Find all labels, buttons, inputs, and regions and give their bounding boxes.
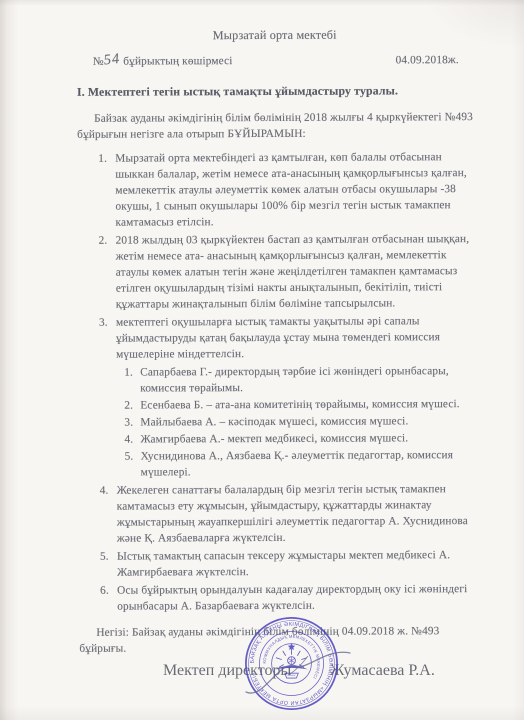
order-item-number: 3. bbox=[99, 315, 108, 331]
order-item-number: 1. bbox=[98, 151, 107, 167]
commission-members-list: 1. Сапарбаева Г.- директордың тәрбие ісі… bbox=[116, 363, 475, 481]
subject-heading: І. Мектептегі тегін ыстық тамақты ұйымда… bbox=[77, 82, 473, 100]
commission-member-number: 1. bbox=[124, 365, 133, 381]
commission-member: 4. Жамгирбаева А.- мектеп медбикесі, ком… bbox=[140, 430, 474, 447]
order-item-text: 2018 жылдың 03 қыркүйектен бастап аз қам… bbox=[116, 233, 470, 311]
order-items-list: 1. Мырзатай орта мектебіндегі аз қамтылғ… bbox=[77, 149, 475, 615]
order-date: 04.09.2018ж. bbox=[396, 52, 459, 68]
order-item-text: Мырзатай орта мектебіндегі аз қамтылған,… bbox=[115, 151, 467, 228]
commission-member-number: 5. bbox=[125, 449, 134, 465]
order-item-number: 2. bbox=[99, 233, 108, 249]
order-meta-row: №54 бұйрыктың көшірмесі 04.09.2018ж. bbox=[77, 51, 473, 70]
order-number-line: №54 бұйрыктың көшірмесі bbox=[93, 52, 233, 70]
order-item: 4. Жекелеген санаттағы балалардың бір ме… bbox=[117, 481, 475, 547]
handwritten-order-number: 54 bbox=[103, 51, 121, 69]
commission-member-text: Майлыбаева А. – кәсіподак мүшесі, комисс… bbox=[140, 415, 408, 428]
order-item-text: мектептегі оқушыларға ыстық тамакты уақы… bbox=[116, 315, 440, 360]
preamble-paragraph: Байзак ауданы әкімдігінің білім бөліміні… bbox=[77, 109, 473, 143]
order-item: 1. Мырзатай орта мектебіндегі аз қамтылғ… bbox=[115, 149, 473, 231]
order-item-number: 4. bbox=[100, 483, 109, 499]
order-item-text: Жекелеген санаттағы балалардың бір мезгі… bbox=[117, 483, 468, 544]
commission-member-number: 2. bbox=[124, 398, 133, 414]
commission-member-text: Жамгирбаева А.- мектеп медбикесі, комисс… bbox=[140, 432, 408, 445]
page-title: Мырзатай орта мектебі bbox=[77, 26, 473, 44]
order-item: 2. 2018 жылдың 03 қыркүйектен бастап аз … bbox=[116, 231, 474, 313]
director-signature bbox=[238, 626, 358, 708]
commission-member-number: 3. bbox=[124, 415, 133, 431]
commission-member: 3. Майлыбаева А. – кәсіподак мүшесі, ком… bbox=[140, 413, 474, 430]
order-item-number: 5. bbox=[100, 549, 109, 565]
order-number-symbol: № bbox=[93, 56, 104, 68]
commission-member-text: Есенбаева Б. – ата-ана комитетінің төрай… bbox=[140, 398, 460, 411]
commission-member: 1. Сапарбаева Г.- директордың тәрбие ісі… bbox=[140, 363, 474, 396]
order-item-text: Осы бұйрыктың орындалуын кадағалау дирек… bbox=[117, 583, 467, 613]
order-item-text: Ыстық тамактың сапасын тексеру жұмыстары… bbox=[117, 549, 450, 578]
order-item: 5. Ыстық тамактың сапасын тексеру жұмыст… bbox=[117, 547, 475, 581]
order-copy-label: бұйрыктың көшірмесі bbox=[123, 55, 232, 67]
scanned-order-document: { "ink_color": "#686c74", "stamp_color":… bbox=[0, 0, 524, 720]
order-item-number: 6. bbox=[100, 583, 109, 599]
order-item: 3. мектептегі оқушыларға ыстық тамакты у… bbox=[116, 313, 475, 481]
commission-member-text: Сапарбаева Г.- директордың тәрбие ісі жө… bbox=[140, 365, 449, 394]
commission-member-number: 4. bbox=[124, 432, 133, 448]
order-item: 6. Осы бұйрыктың орындалуын кадағалау ди… bbox=[117, 581, 475, 615]
commission-member: 2. Есенбаева Б. – ата-ана комитетінің тө… bbox=[140, 396, 474, 413]
commission-member-text: Хуснидинова А., Аязбаева Қ.- әлеуметтік … bbox=[141, 449, 454, 478]
commission-member: 5. Хуснидинова А., Аязбаева Қ.- әлеуметт… bbox=[141, 447, 475, 480]
document-body: Мырзатай орта мектебі №54 бұйрыктың көші… bbox=[0, 0, 524, 657]
